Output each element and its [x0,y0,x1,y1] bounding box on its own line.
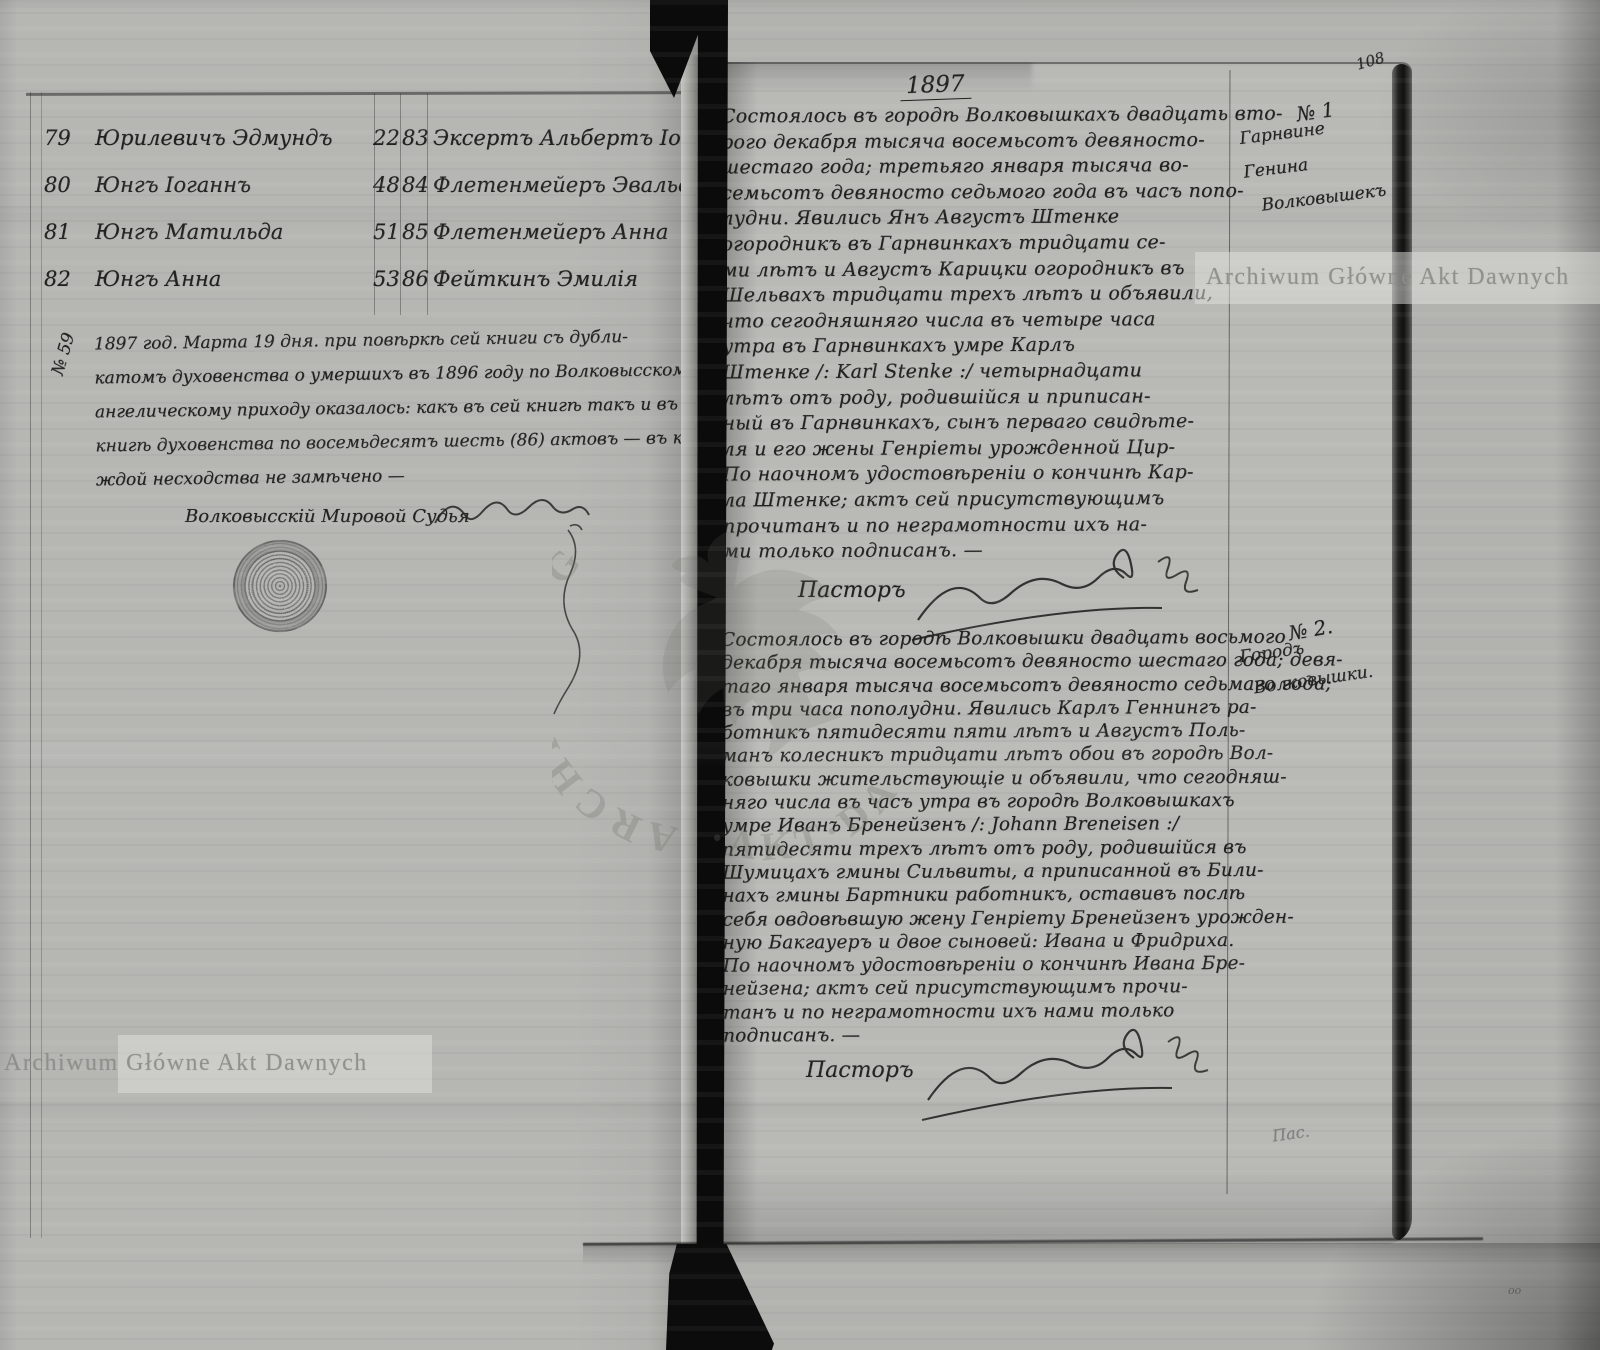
court-stamp-inner-ring [245,552,315,620]
corner-mark: оо [1508,1284,1521,1297]
person-name: Юнгъ Матильда [95,220,283,244]
entry-number-second: 85 [402,220,429,244]
table-row: 80 Юнгъ Іоганнъ 48 84 Флетенмейеръ Эваль… [0,165,712,212]
index-table: 79 Юрилевичъ Эдмундъ 22 83 Эксертъ Альбе… [0,118,712,306]
record-line: манъ колесникъ тридцати лѣтъ обои въ гор… [722,743,1344,770]
record-line: ный въ Гарнвинкахъ, сынъ перваго свидѣте… [722,410,1284,439]
margin-note-2: № 2. ГородъВолковышки. [1240,614,1374,702]
person-name-second: Фейткинъ Эмилія [433,267,638,291]
record-line: нейзена; актъ сей присутствующимъ прочи- [723,976,1345,1003]
record-line: Штенке /: Karl Stenke :/ четырнадцати [722,358,1284,387]
page-bottom-under-shadow [583,1243,1600,1265]
court-stamp [223,530,336,642]
entry-age: 53 [373,267,400,291]
death-record-1: Состоялось въ городѣ Волковышкахъ двадца… [721,103,1285,567]
entry-age: 48 [373,173,400,197]
margin-note-1: № 1 ГарнвинеГенинаВолковышекъ [1240,96,1387,222]
record-line: ботникъ пятидесяти пяти лѣтъ и Августъ П… [721,720,1343,747]
record-line: рого декабря тысяча восемьсотъ девяносто… [721,128,1283,157]
page-curl-edge [681,55,698,1247]
pastor-signature-2 [920,1028,1210,1138]
verification-annotation: 1897 год. Марта 19 дня. при повѣркѣ сей … [94,326,712,505]
right-page: 1897 Состоялось въ городѣ Волковышкахъ д… [712,62,1412,1244]
record-line: шестаго года; третьяго января тысяча во- [721,154,1283,183]
person-name: Юнгъ Анна [95,267,221,291]
entry-age: 22 [373,126,400,150]
margin-note-lines: ГарнвинеГенинаВолковышекъ [1240,120,1387,222]
table-row: 79 Юрилевичъ Эдмундъ 22 83 Эксертъ Альбе… [0,118,712,165]
margin-act-number: № 59 [48,331,79,378]
record-line: танъ и по неграмотности ихъ нами только [723,999,1345,1026]
left-page: 79 Юрилевичъ Эдмундъ 22 83 Эксертъ Альбе… [0,0,712,1350]
record-line: ми лѣтъ и Августъ Карицки огородникъ въ [722,256,1284,285]
record-line: умре Иванъ Бренейзенъ /: Johann Breneise… [722,813,1344,840]
binding-gutter [696,0,728,1252]
record-line: Состоялось въ городѣ Волковышкахъ двадца… [721,103,1283,132]
record-line: что сегодняшняго числа въ четыре часа [722,307,1284,336]
entry-number: 81 [44,220,71,244]
entry-age: 51 [373,220,400,244]
page-edge-strip [1392,64,1412,1240]
record-line: нахъ гмины Бартники работникъ, оставивъ … [722,883,1344,910]
margin-note-lines: ГородъВолковышки. [1240,638,1374,702]
signature-descender-flourish [530,528,590,718]
entry-number-second: 84 [402,173,429,197]
record-line: няго числа въ часъ утра въ городѣ Волков… [722,789,1344,816]
table-top-border [26,91,712,96]
record-line: Шумицахъ гмины Сильвиты, а приписанной в… [722,859,1344,886]
record-line: По наочномъ удостовѣреніи о кончинѣ Иван… [723,953,1345,980]
record-line: Шельвахъ тридцати трехъ лѣтъ и объявили, [722,282,1284,311]
record-line: По наочномъ удостовѣреніи о кончинѣ Кар- [723,461,1285,490]
right-page-bottom-shadow [712,1164,1412,1244]
entry-number: 80 [44,173,71,197]
record-line: ковышки жительствующіе и объявили, что с… [722,766,1344,793]
entry-number-second: 83 [402,126,429,150]
record-line: ла Штенке; актъ сей присутствующимъ [723,486,1285,515]
margin-scribble: Пас. [1271,1121,1311,1145]
table-row: 82 Юнгъ Анна 53 86 Фейткинъ Эмилія [0,259,712,306]
entry-number: 79 [44,126,71,150]
person-name-second: Флетенмейеръ Анна [433,220,668,244]
entry-number-second: 86 [402,267,429,291]
record-line: прочитанъ и по неграмотности ихъ на- [723,512,1285,541]
record-line: семьсотъ девяносто седьмого года въ часъ… [721,179,1283,208]
pastor-label-2: Пасторъ [806,1058,913,1083]
table-row: 81 Юнгъ Матильда 51 85 Флетенмейеръ Анна [0,212,712,259]
entry-number: 82 [44,267,71,291]
record-line: пятидесяти трехъ лѣтъ отъ роду, родившій… [722,836,1344,863]
record-line: лудни. Явились Янъ Августъ Штенке [721,205,1283,234]
person-name: Юрилевичъ Эдмундъ [95,126,332,150]
record-line: лѣтъ отъ роду, родившійся и приписан- [722,384,1284,413]
person-name: Юнгъ Іоганнъ [95,173,251,197]
pastor-label-1: Пасторъ [798,578,905,603]
year-heading: 1897 [900,71,971,101]
record-line: ную Бакгауеръ и двое сыновей: Ивана и Фр… [722,929,1344,956]
record-line: огородникъ въ Гарнвинкахъ тридцати се- [721,230,1283,259]
right-page-top-smudge [712,62,1032,92]
record-line: себя овдовѣвшую жену Генріету Бренейзенъ… [722,906,1344,933]
record-line: утра въ Гарнвинкахъ умре Карлъ [722,333,1284,362]
record-line: ля и его жены Генріеты урожденной Цир- [723,435,1285,464]
judge-title: Волковысскій Мировой Судья [185,506,470,527]
register-scan: 79 Юрилевичъ Эдмундъ 22 83 Эксертъ Альбе… [0,0,1600,1350]
